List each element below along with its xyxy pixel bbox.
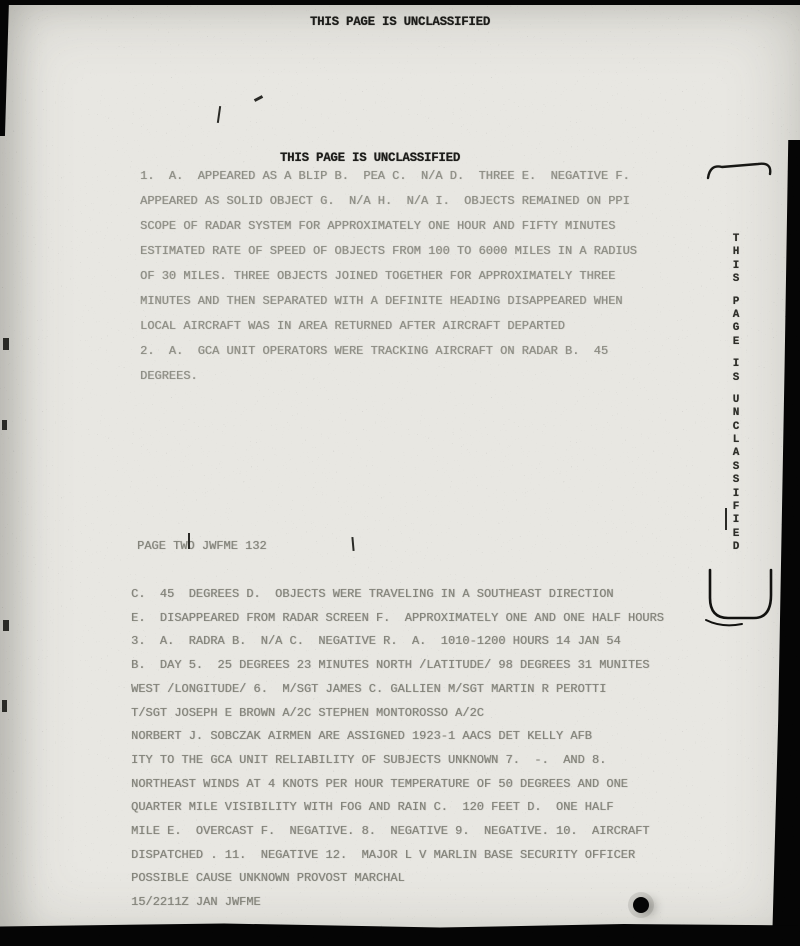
text-line: ITY TO THE GCA UNIT RELIABILITY OF SUBJE… xyxy=(131,749,664,773)
stamp-letter: E xyxy=(728,528,744,541)
stamp-letter: S xyxy=(728,273,744,286)
text-line: DISPATCHED . 11. NEGATIVE 12. MAJOR L V … xyxy=(131,844,664,868)
stamp-letter: E xyxy=(728,336,744,349)
text-line: 15/2211Z JAN JWFME xyxy=(131,891,664,915)
text-line: QUARTER MILE VISIBILITY WITH FOG AND RAI… xyxy=(131,796,664,820)
report-text-block-1: 1. A. APPEARED AS A BLIP B. PEA C. N/A D… xyxy=(140,164,637,389)
text-line: 1. A. APPEARED AS A BLIP B. PEA C. N/A D… xyxy=(140,164,637,189)
stamp-letter: S xyxy=(728,474,744,487)
text-line: B. DAY 5. 25 DEGREES 23 MINUTES NORTH /L… xyxy=(131,654,664,678)
stamp-letter: L xyxy=(728,434,744,447)
stamp-letter: G xyxy=(728,322,744,335)
stamp-letter: H xyxy=(728,246,744,259)
stamp-letter: I xyxy=(728,488,744,501)
stray-mark xyxy=(254,95,263,102)
stamp-letter: S xyxy=(728,372,744,385)
text-line: ESTIMATED RATE OF SPEED OF OBJECTS FROM … xyxy=(140,239,637,264)
stray-mark xyxy=(2,420,7,430)
stamp-letter: N xyxy=(728,407,744,420)
stamp-letter: P xyxy=(728,296,744,309)
stamp-letter: T xyxy=(728,233,744,246)
text-line: WEST /LONGITUDE/ 6. M/SGT JAMES C. GALLI… xyxy=(131,678,664,702)
stray-mark xyxy=(351,537,354,551)
text-line: OF 30 MILES. THREE OBJECTS JOINED TOGETH… xyxy=(140,264,637,289)
stamp-letter: C xyxy=(728,421,744,434)
stamp-letter: I xyxy=(728,358,744,371)
stray-mark xyxy=(725,508,727,530)
stamp-letter: S xyxy=(728,461,744,474)
bottom-bracket-mark xyxy=(702,568,778,630)
text-line: DEGREES. xyxy=(140,364,637,389)
stamp-letter: A xyxy=(728,309,744,322)
scan-edge-right xyxy=(772,140,800,946)
scanned-document-page: THIS PAGE IS UNCLASSIFIED THIS PAGE IS U… xyxy=(0,0,800,946)
text-line: 2. A. GCA UNIT OPERATORS WERE TRACKING A… xyxy=(140,339,637,364)
page-number-label: PAGE TWO JWFME 132 xyxy=(137,539,267,553)
stray-mark xyxy=(217,106,221,123)
top-bracket-mark xyxy=(706,158,778,184)
text-line: 3. A. RADRA B. N/A C. NEGATIVE R. A. 101… xyxy=(131,630,664,654)
text-line: SCOPE OF RADAR SYSTEM FOR APPROXIMATELY … xyxy=(140,214,637,239)
hole-punch-dot xyxy=(633,897,649,913)
stamp-word-gap xyxy=(728,385,744,394)
text-line: MINUTES AND THEN SEPARATED WITH A DEFINI… xyxy=(140,289,637,314)
stray-mark xyxy=(2,700,7,712)
stamp-word-gap xyxy=(728,349,744,358)
mid-classification-banner: THIS PAGE IS UNCLASSIFIED xyxy=(0,151,740,165)
scan-edge-left xyxy=(0,0,9,136)
text-line: MILE E. OVERCAST F. NEGATIVE. 8. NEGATIV… xyxy=(131,820,664,844)
text-line: C. 45 DEGREES D. OBJECTS WERE TRAVELING … xyxy=(131,583,664,607)
stamp-word-gap xyxy=(728,287,744,296)
text-line: APPEARED AS SOLID OBJECT G. N/A H. N/A I… xyxy=(140,189,637,214)
top-classification-banner: THIS PAGE IS UNCLASSIFIED xyxy=(0,15,800,29)
stamp-letter: F xyxy=(728,501,744,514)
text-line: LOCAL AIRCRAFT WAS IN AREA RETURNED AFTE… xyxy=(140,314,637,339)
stray-mark xyxy=(3,338,9,350)
stamp-letter: A xyxy=(728,447,744,460)
text-line: E. DISAPPEARED FROM RADAR SCREEN F. APPR… xyxy=(131,607,664,631)
stray-mark xyxy=(3,620,9,631)
text-line: NORTHEAST WINDS AT 4 KNOTS PER HOUR TEMP… xyxy=(131,773,664,797)
side-classification-stamp: THISPAGEISUNCLASSIFIED xyxy=(728,233,744,555)
stamp-letter: I xyxy=(728,260,744,273)
text-line: POSSIBLE CAUSE UNKNOWN PROVOST MARCHAL xyxy=(131,867,664,891)
stamp-letter: D xyxy=(728,541,744,554)
text-line: T/SGT JOSEPH E BROWN A/2C STEPHEN MONTOR… xyxy=(131,702,664,726)
text-line: NORBERT J. SOBCZAK AIRMEN ARE ASSIGNED 1… xyxy=(131,725,664,749)
stamp-letter: I xyxy=(728,514,744,527)
stamp-letter: U xyxy=(728,394,744,407)
scan-edge-top xyxy=(0,0,800,5)
stray-mark xyxy=(188,533,190,549)
scan-edge-bottom xyxy=(0,921,800,946)
report-text-block-2: C. 45 DEGREES D. OBJECTS WERE TRAVELING … xyxy=(131,583,664,915)
